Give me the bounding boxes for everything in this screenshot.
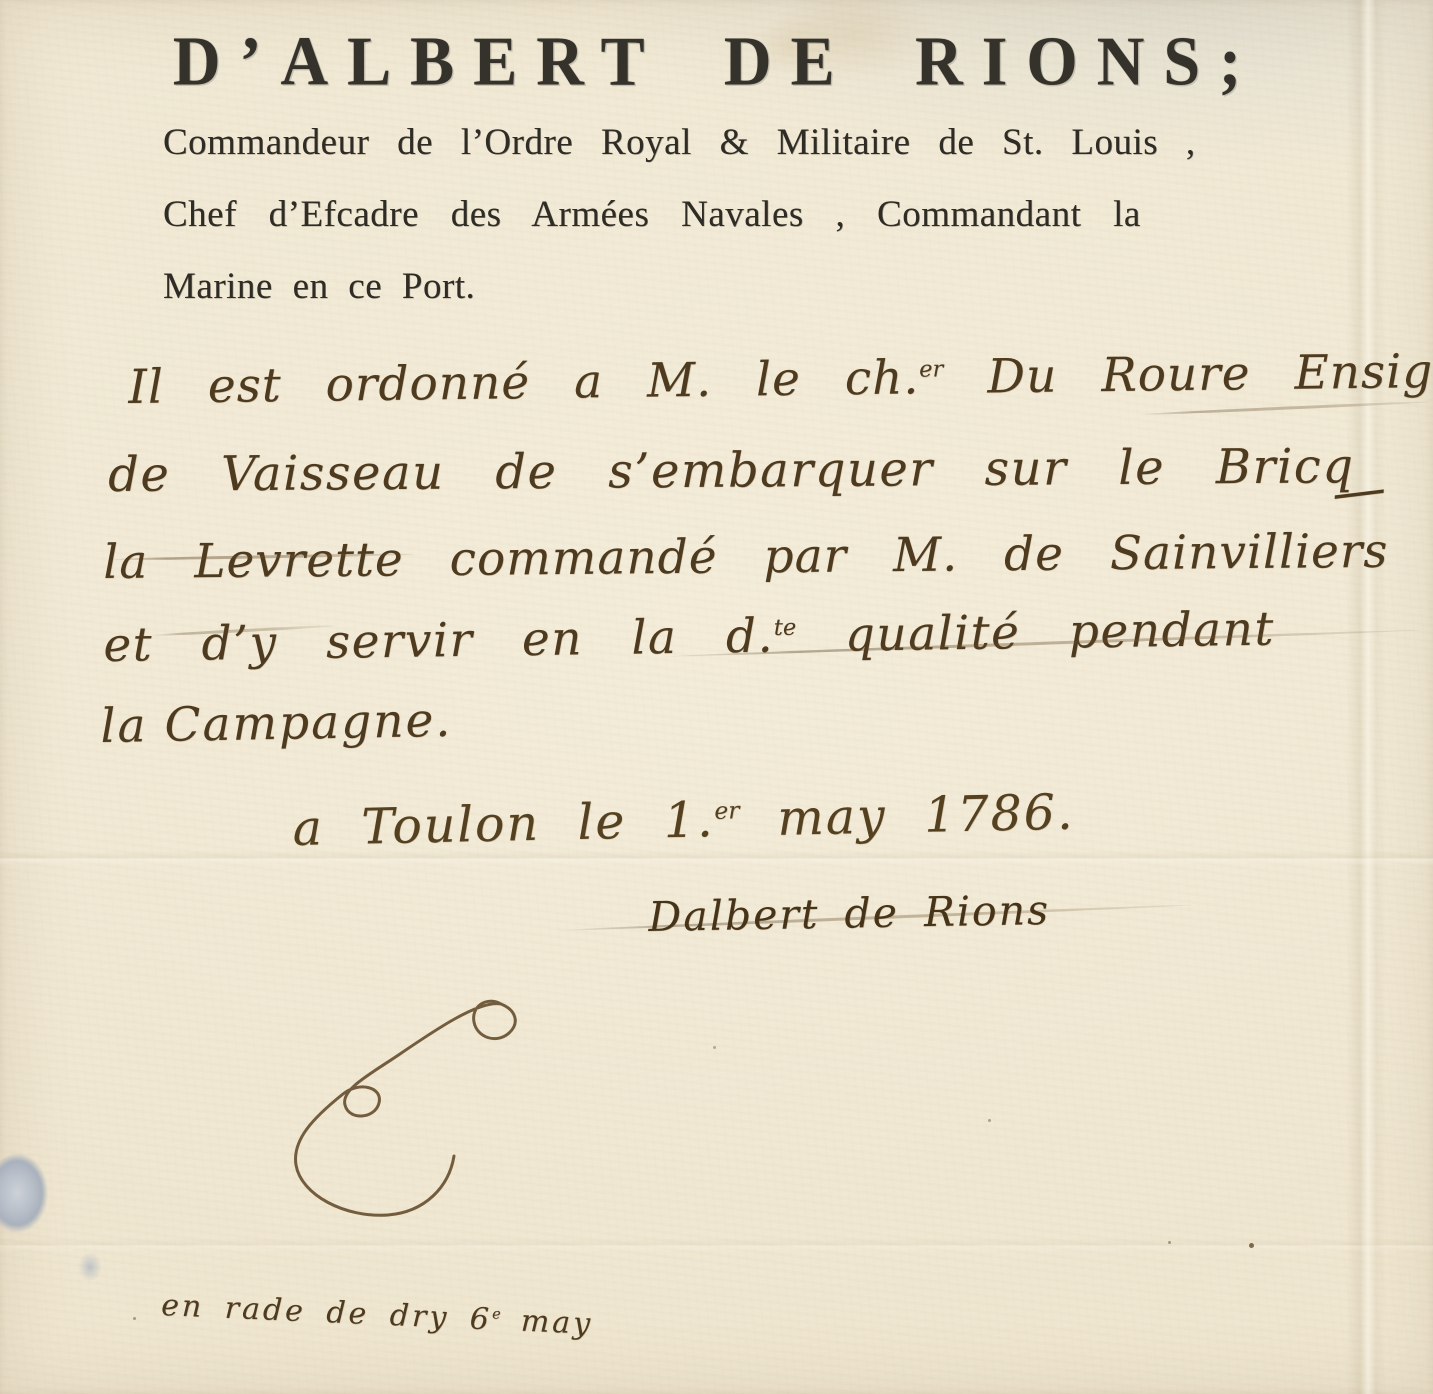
flourish-mark [283,978,553,1228]
ink-speck [133,1317,136,1320]
handwritten-line-2: de Vaisseau de s’embarquer sur le Bricq [108,438,1355,503]
document-page: D’ALBERT DE RIONS; Commandeur de l’Ordre… [0,0,1433,1394]
handwritten-line-1-rest: Du Roure Ensigne [943,343,1433,405]
handwritten-line-1: Il est ordonné a M. le ch.er Du Roure En… [128,343,1433,415]
handwritten-line-5: la Campagne. [100,693,453,754]
ink-speck [1249,1243,1254,1248]
ink-speck [1168,1241,1171,1244]
handwritten-dateline: a Toulon le 1.er may 1786. [292,784,1075,857]
signature: Dalbert de Rions [648,886,1050,941]
superscript-1er: er [714,796,740,825]
ink-speck [988,1119,991,1122]
fold-crease-horizontal [0,851,1433,865]
registry-note-text: en rade de dry 6 [160,1288,492,1337]
fold-crease-vertical [1346,0,1386,1394]
fold-crease-horizontal [0,1238,1433,1252]
dateline-text: a Toulon le 1. [292,791,715,857]
dateline-rest: may 1786. [739,784,1075,848]
pen-stroke [1140,400,1430,416]
letterhead-line-2: Chef d’Efcadre des Armées Navales , Comm… [163,193,1141,236]
registry-note-rest: may [500,1303,594,1342]
superscript-er: er [919,356,943,382]
letterhead-name: D’ALBERT DE RIONS; [0,22,1433,103]
registry-note: en rade de dry 6e may [160,1288,593,1342]
handwritten-line-4-rest: qualité pendant [796,602,1275,664]
letterhead-line-3: Marine en ce Port. [163,265,475,308]
handwritten-line-4: et d’y servir en la d.te qualité pendant [103,602,1275,673]
ink-speck [713,1046,716,1049]
letterhead-line-1: Commandeur de l’Ordre Royal & Militaire … [163,121,1196,164]
handwritten-dash: — [1328,455,1389,524]
wax-stain-drip [78,1252,102,1282]
flourish-icon [283,978,553,1228]
handwritten-line-1-text: Il est ordonné a M. le ch. [128,350,920,415]
superscript-te: te [774,615,797,641]
handwritten-line-4-text: et d’y servir en la d. [103,609,774,673]
